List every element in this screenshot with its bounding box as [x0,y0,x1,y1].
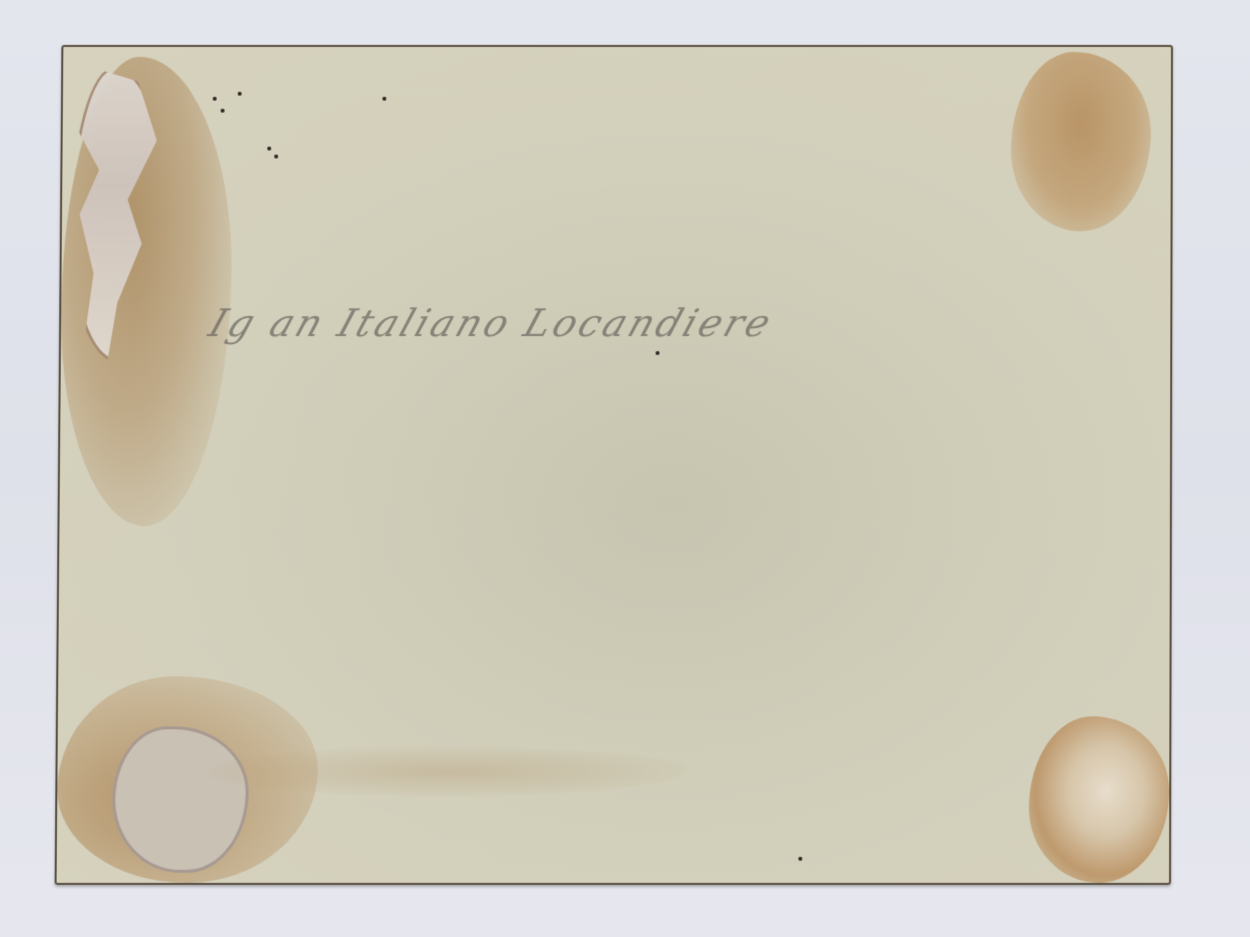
aged-card-back: Ig an Italiano Locandiere [55,45,1173,885]
water-stain-top-right [1011,52,1151,231]
speck [238,92,242,96]
speck [274,155,278,159]
faded-stain-bottom [208,746,689,796]
speck [213,97,217,101]
pencil-mark [656,351,660,355]
speck [382,97,386,101]
torn-paper-residue-bottom-left [112,726,249,873]
handwritten-inscription: Ig an Italiano Locandiere [204,301,779,345]
water-stain-bottom-right [1029,716,1170,883]
speck [267,147,271,151]
speck [221,109,225,113]
speck [798,857,802,861]
